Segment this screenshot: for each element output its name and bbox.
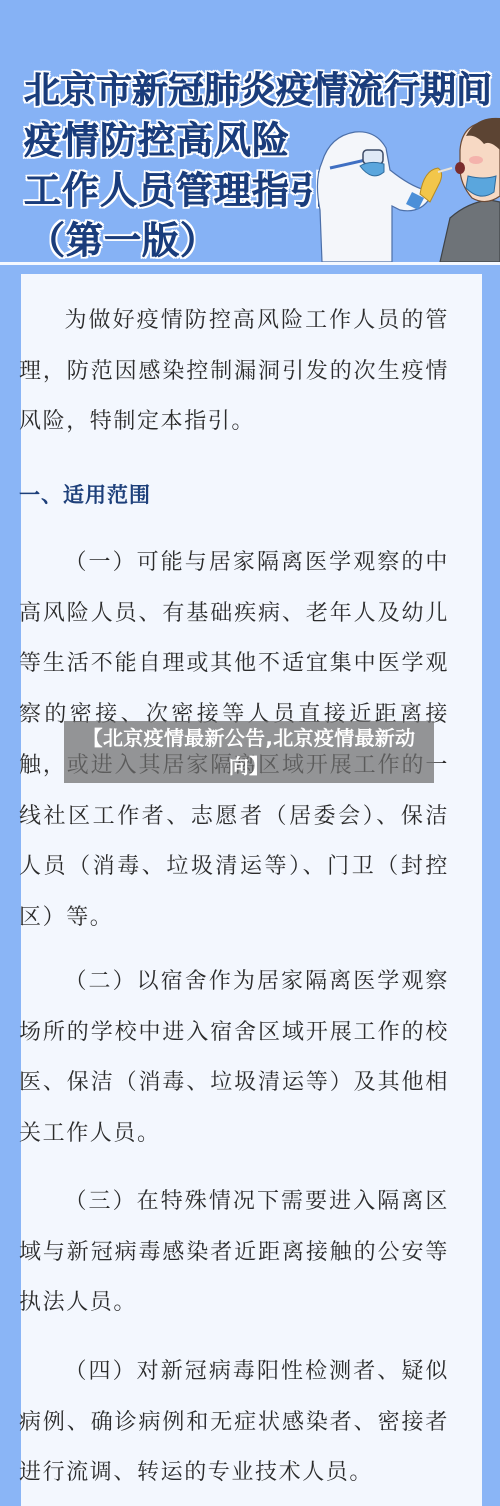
title-line-1: 北京市新冠肺炎疫情流行期间	[24, 66, 492, 116]
header-separator	[0, 262, 500, 265]
scope-item-4: （四）对新冠病毒阳性检测者、疑似病例、确诊病例和无症状感染者、密接者进行流调、转…	[19, 1347, 449, 1499]
section-heading-scope: 一、适用范围	[19, 480, 151, 510]
scope-item-4-text: （四）对新冠病毒阳性检测者、疑似病例、确诊病例和无症状感染者、密接者进行流调、转…	[19, 1359, 449, 1485]
scope-item-2: （二）以宿舍作为居家隔离医学观察场所的学校中进入宿舍区域开展工作的校医、保洁（消…	[19, 957, 449, 1160]
intro-text: 为做好疫情防控高风险工作人员的管理，防范因感染控制漏洞引发的次生疫情风险，特制定…	[19, 308, 449, 434]
swab-test-illustration	[300, 110, 500, 262]
scope-item-3-text: （三）在特殊情况下需要进入隔离区域与新冠病毒感染者近距离接触的公安等执法人员。	[19, 1189, 449, 1315]
caption-text: 【北京疫情最新公告,北京疫情最新动向】	[83, 726, 416, 778]
caption-overlay: 【北京疫情最新公告,北京疫情最新动向】	[64, 721, 434, 783]
scope-item-3: （三）在特殊情况下需要进入隔离区域与新冠病毒感染者近距离接触的公安等执法人员。	[19, 1177, 449, 1329]
scope-item-2-text: （二）以宿舍作为居家隔离医学观察场所的学校中进入宿舍区域开展工作的校医、保洁（消…	[19, 969, 449, 1146]
banner-header: 北京市新冠肺炎疫情流行期间 疫情防控高风险 工作人员管理指引 （第一版）	[0, 0, 500, 262]
intro-paragraph: 为做好疫情防控高风险工作人员的管理，防范因感染控制漏洞引发的次生疫情风险，特制定…	[19, 296, 449, 448]
